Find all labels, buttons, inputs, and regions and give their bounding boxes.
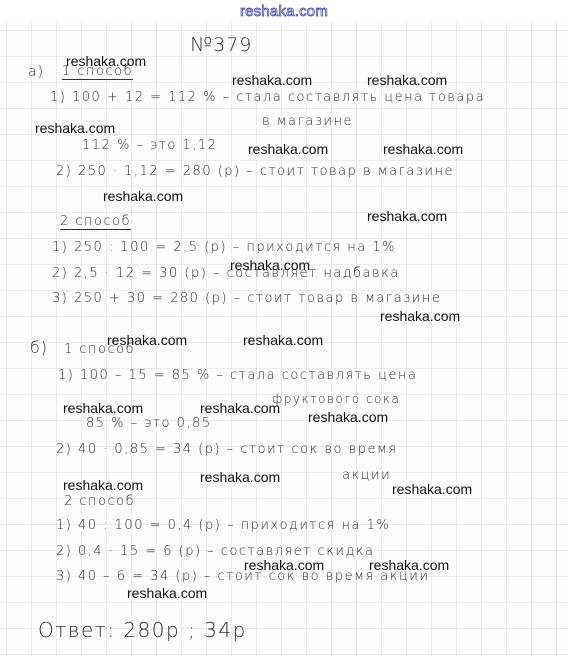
problem-number: №379 bbox=[190, 34, 252, 56]
watermark: reshaka.com bbox=[380, 308, 460, 324]
watermark: reshaka.com bbox=[63, 477, 143, 493]
part-b-m1-step1: 1) 100 – 15 = 85 % – стала составлять це… bbox=[58, 368, 417, 383]
watermark: reshaka.com bbox=[248, 141, 328, 157]
part-b-m1-note: 85 % – это 0,85 bbox=[86, 416, 212, 431]
part-b-m1-step2-cont: акции bbox=[342, 468, 391, 483]
watermark: reshaka.com bbox=[243, 332, 323, 348]
watermark: reshaka.com bbox=[230, 257, 310, 273]
part-b-m1-step2: 2) 40 · 0,85 = 34 (р) – стоит сок во вре… bbox=[56, 442, 397, 457]
watermark: reshaka.com bbox=[232, 72, 312, 88]
watermark: reshaka.com bbox=[127, 585, 207, 601]
part-a-method2-title: 2 способ bbox=[60, 214, 131, 230]
site-link[interactable]: reshaka.com bbox=[240, 3, 328, 20]
watermark: reshaka.com bbox=[200, 469, 280, 485]
part-b-m1-step1-cont: фруктового сока bbox=[272, 392, 400, 406]
part-a-m1-step1: 1) 100 + 12 = 112 % – стала составлять ц… bbox=[50, 90, 485, 105]
site-header: reshaka.com bbox=[0, 0, 568, 22]
part-b-m2-step2: 2) 0,4 · 15 = 6 (р) – составляет скидка bbox=[56, 544, 374, 559]
part-a-m2-step2: 2) 2,5 · 12 = 30 (р) – составляет надбав… bbox=[52, 266, 400, 281]
watermark: reshaka.com bbox=[244, 557, 324, 573]
part-b-m2-step1: 1) 40 : 100 = 0,4 (р) – приходится на 1% bbox=[56, 518, 390, 533]
watermark: reshaka.com bbox=[63, 400, 143, 416]
watermark: reshaka.com bbox=[308, 409, 388, 425]
watermark: reshaka.com bbox=[103, 188, 183, 204]
watermark: reshaka.com bbox=[35, 120, 115, 136]
part-b-method2-title: 2 способ bbox=[64, 494, 135, 509]
watermark: reshaka.com bbox=[369, 557, 449, 573]
watermark: reshaka.com bbox=[107, 332, 187, 348]
part-a-label: а) bbox=[28, 64, 44, 80]
part-a-m2-step3: 3) 250 + 30 = 280 (р) – стоит товар в ма… bbox=[52, 291, 441, 306]
watermark: reshaka.com bbox=[200, 400, 280, 416]
part-a-m1-step2: 2) 250 · 1,12 = 280 (р) – стоит товар в … bbox=[56, 164, 454, 179]
watermark: reshaka.com bbox=[367, 72, 447, 88]
watermark: reshaka.com bbox=[383, 141, 463, 157]
watermark: reshaka.com bbox=[66, 53, 146, 69]
part-a-m1-step1-cont: в магазине bbox=[262, 114, 353, 129]
answer-line: Ответ: 280р ; 34р bbox=[38, 618, 247, 642]
watermark: reshaka.com bbox=[392, 481, 472, 497]
part-a-m2-step1: 1) 250 : 100 = 2,5 (р) – приходится на 1… bbox=[52, 240, 396, 255]
part-a-m1-note: 112 % – это 1,12 bbox=[82, 138, 217, 153]
part-b-label: б) bbox=[30, 338, 48, 357]
watermark: reshaka.com bbox=[367, 208, 447, 224]
